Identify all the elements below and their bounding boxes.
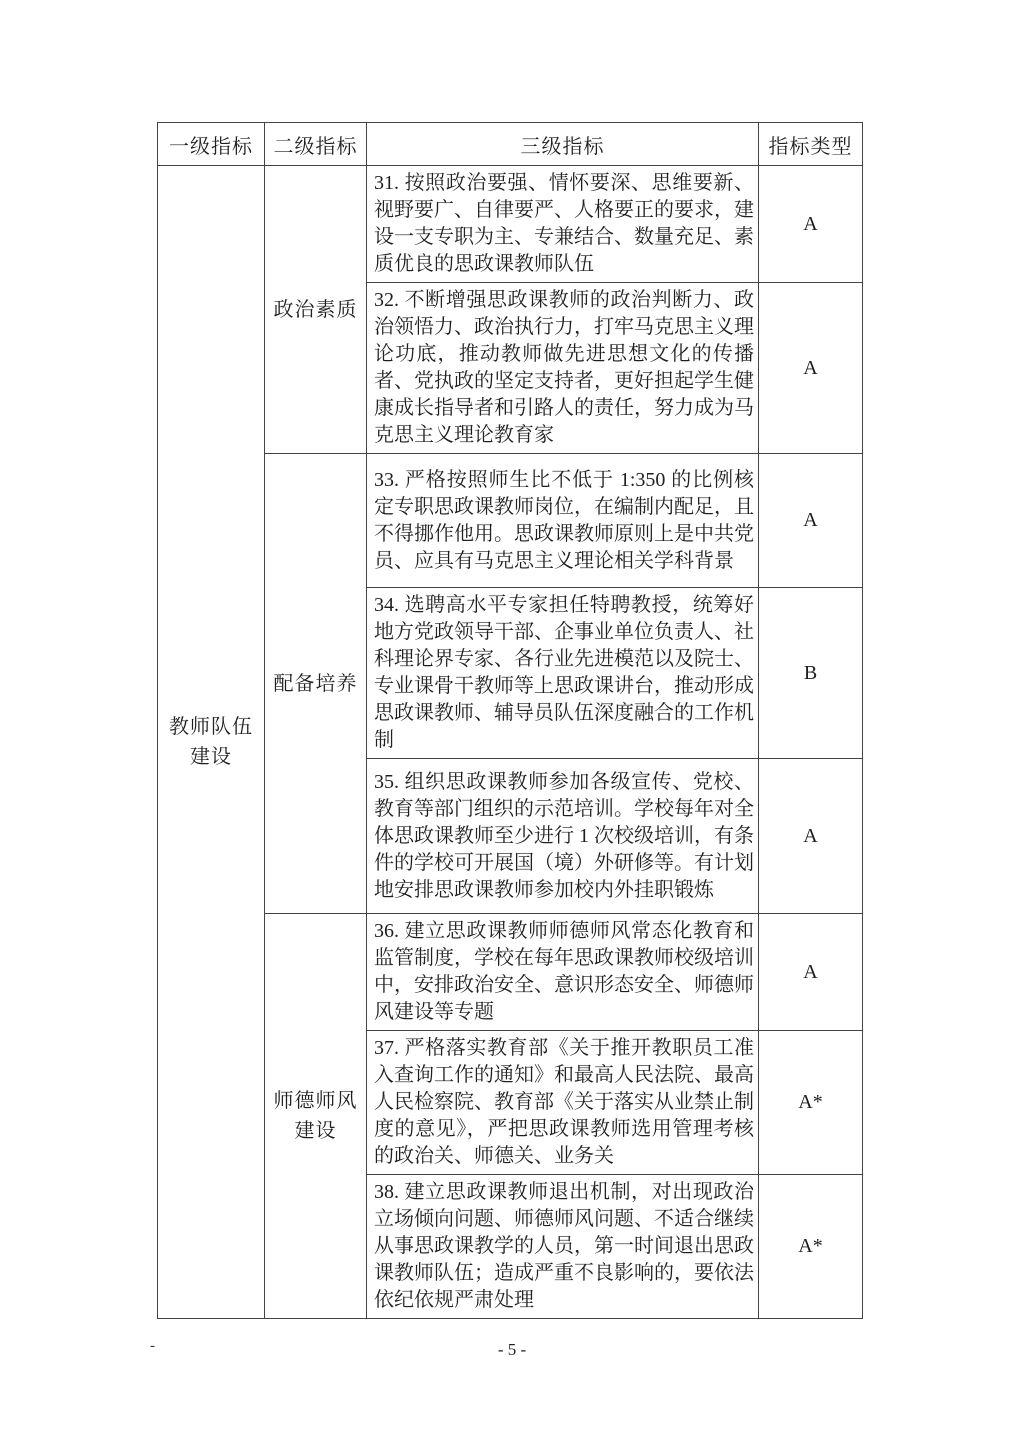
cell-type-38: A* xyxy=(759,1175,863,1319)
cell-type-35: A xyxy=(759,759,863,914)
cell-indicator-33: 33. 严格按照师生比不低于 1:350 的比例核定专职思政课教师岗位，在编制内… xyxy=(367,454,759,588)
cell-indicator-34: 34. 选聘高水平专家担任特聘教授，统筹好地方党政领导干部、企事业单位负责人、社… xyxy=(367,588,759,759)
cell-indicator-37: 37. 严格落实教育部《关于推开教职员工准入查询工作的通知》和最高人民法院、最高… xyxy=(367,1031,759,1175)
cell-level1-teacher-team: 教师队伍建设 xyxy=(158,166,265,1319)
header-level3: 三级指标 xyxy=(367,123,759,166)
cell-level2-staffing-training: 配备培养 xyxy=(265,454,367,914)
header-type: 指标类型 xyxy=(759,123,863,166)
cell-indicator-32: 32. 不断增强思政课教师的政治判断力、政治领悟力、政治执行力，打牢马克思主义理… xyxy=(367,283,759,454)
cell-type-37: A* xyxy=(759,1031,863,1175)
document-page: 一级指标 二级指标 三级指标 指标类型 教师队伍建设 政治素质 31. 按照政治… xyxy=(0,0,1024,1448)
cell-indicator-38: 38. 建立思政课教师退出机制，对出现政治立场倾向问题、师德师风问题、不适合继续… xyxy=(367,1175,759,1319)
footer-page-number: - 5 - xyxy=(0,1340,1024,1360)
cell-type-32: A xyxy=(759,283,863,454)
header-level1: 一级指标 xyxy=(158,123,265,166)
indicator-table: 一级指标 二级指标 三级指标 指标类型 教师队伍建设 政治素质 31. 按照政治… xyxy=(157,122,863,1319)
cell-type-31: A xyxy=(759,166,863,283)
cell-level2-teacher-ethics: 师德师风建设 xyxy=(265,914,367,1319)
cell-indicator-36: 36. 建立思政课教师师德师风常态化教育和监管制度，学校在每年思政课教师校级培训… xyxy=(367,914,759,1031)
header-level2: 二级指标 xyxy=(265,123,367,166)
table-row: 教师队伍建设 政治素质 31. 按照政治要强、情怀要深、思维要新、视野要广、自律… xyxy=(158,166,863,283)
cell-type-33: A xyxy=(759,454,863,588)
cell-type-36: A xyxy=(759,914,863,1031)
table-header-row: 一级指标 二级指标 三级指标 指标类型 xyxy=(158,123,863,166)
cell-level2-political-quality: 政治素质 xyxy=(265,166,367,454)
cell-indicator-35: 35. 组织思政课教师参加各级宣传、党校、教育等部门组织的示范培训。学校每年对全… xyxy=(367,759,759,914)
cell-type-34: B xyxy=(759,588,863,759)
cell-indicator-31: 31. 按照政治要强、情怀要深、思维要新、视野要广、自律要严、人格要正的要求，建… xyxy=(367,166,759,283)
